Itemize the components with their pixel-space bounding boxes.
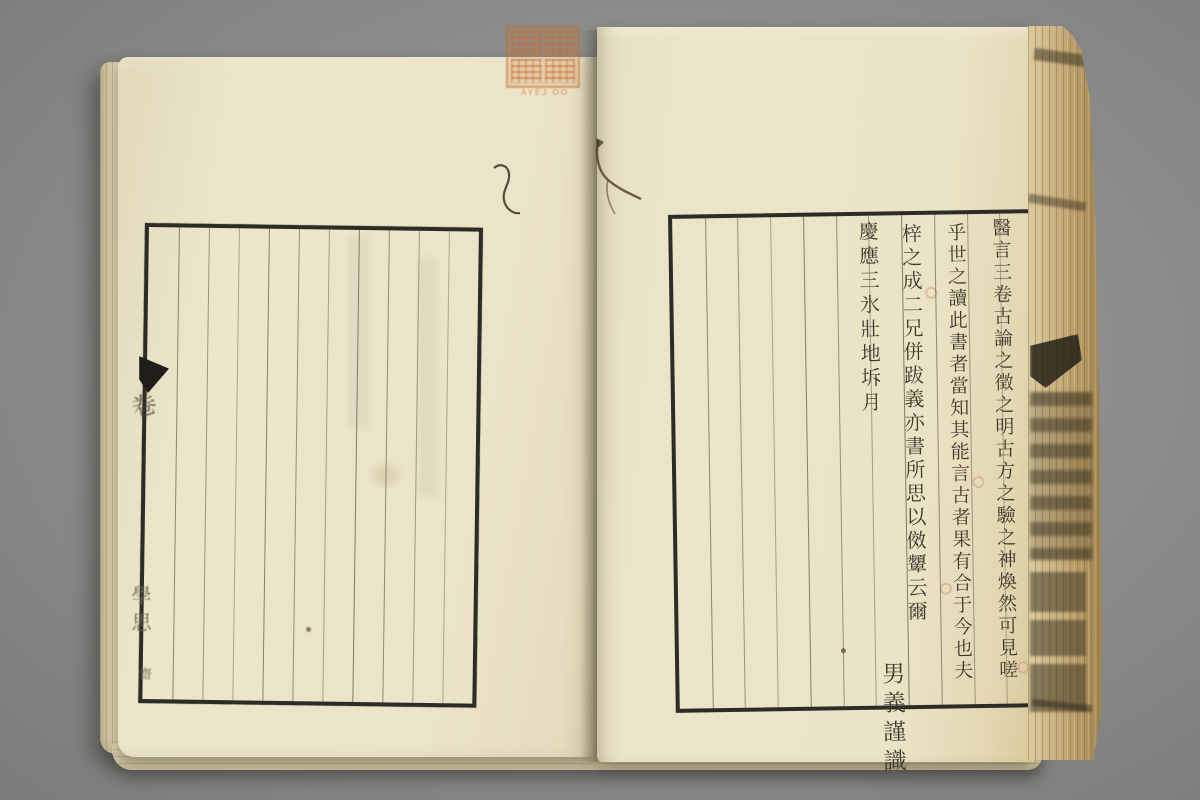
right-ruled-frame: 醫言三卷古論之徵之明古方之驗之神煥然可見嗟 乎世之讀此書者當知其能言古者果有合于… — [668, 209, 1045, 713]
seal-glyph-cell — [511, 31, 542, 56]
vermillion-mark — [972, 476, 984, 488]
paper-stain — [373, 465, 399, 485]
seal-glyph-cell — [545, 59, 576, 84]
column-rule-line — [738, 218, 747, 708]
column-rule-line — [172, 227, 180, 699]
column-rule-line — [202, 228, 210, 700]
watermark-seal-icon — [506, 26, 580, 88]
edge-hashira-smudge — [1030, 620, 1086, 656]
ink-bleed-through — [418, 257, 438, 497]
column-rule-line — [934, 215, 943, 705]
seal-glyph-cell — [511, 59, 542, 84]
column-rule-line — [322, 230, 330, 702]
column-rule-line — [292, 229, 300, 701]
column-rule-line — [232, 228, 240, 700]
column-rule-line — [442, 231, 450, 703]
signature-column: 男義謹識 — [879, 661, 904, 777]
column-rule-line — [836, 216, 845, 706]
edge-hashira-smudge — [1030, 572, 1086, 612]
hashira-title: 學思 — [130, 585, 150, 639]
column-rule-line — [770, 217, 779, 707]
photo-backdrop: 卷 學思 齋 醫言三卷古論之徵之明古方之驗之神煥然可見嗟 乎世之讀此書者當知其能… — [0, 0, 1200, 800]
column-rule-line — [803, 217, 812, 707]
column-rule-line — [262, 229, 270, 701]
paper-speck — [306, 627, 311, 632]
paper-tear — [470, 120, 690, 240]
seal-glyph-cell — [545, 31, 576, 56]
column-rule-line — [705, 218, 714, 708]
watermark-caption: AYEJ OO — [500, 88, 590, 97]
hashira-title-small: 齋 — [137, 667, 150, 680]
library-watermark: AYEJ OO — [500, 22, 590, 100]
vermillion-mark — [1017, 661, 1029, 673]
fore-edge — [1028, 26, 1102, 760]
edge-marker-char-smudge — [1030, 392, 1092, 560]
ink-bleed-through — [348, 237, 370, 427]
